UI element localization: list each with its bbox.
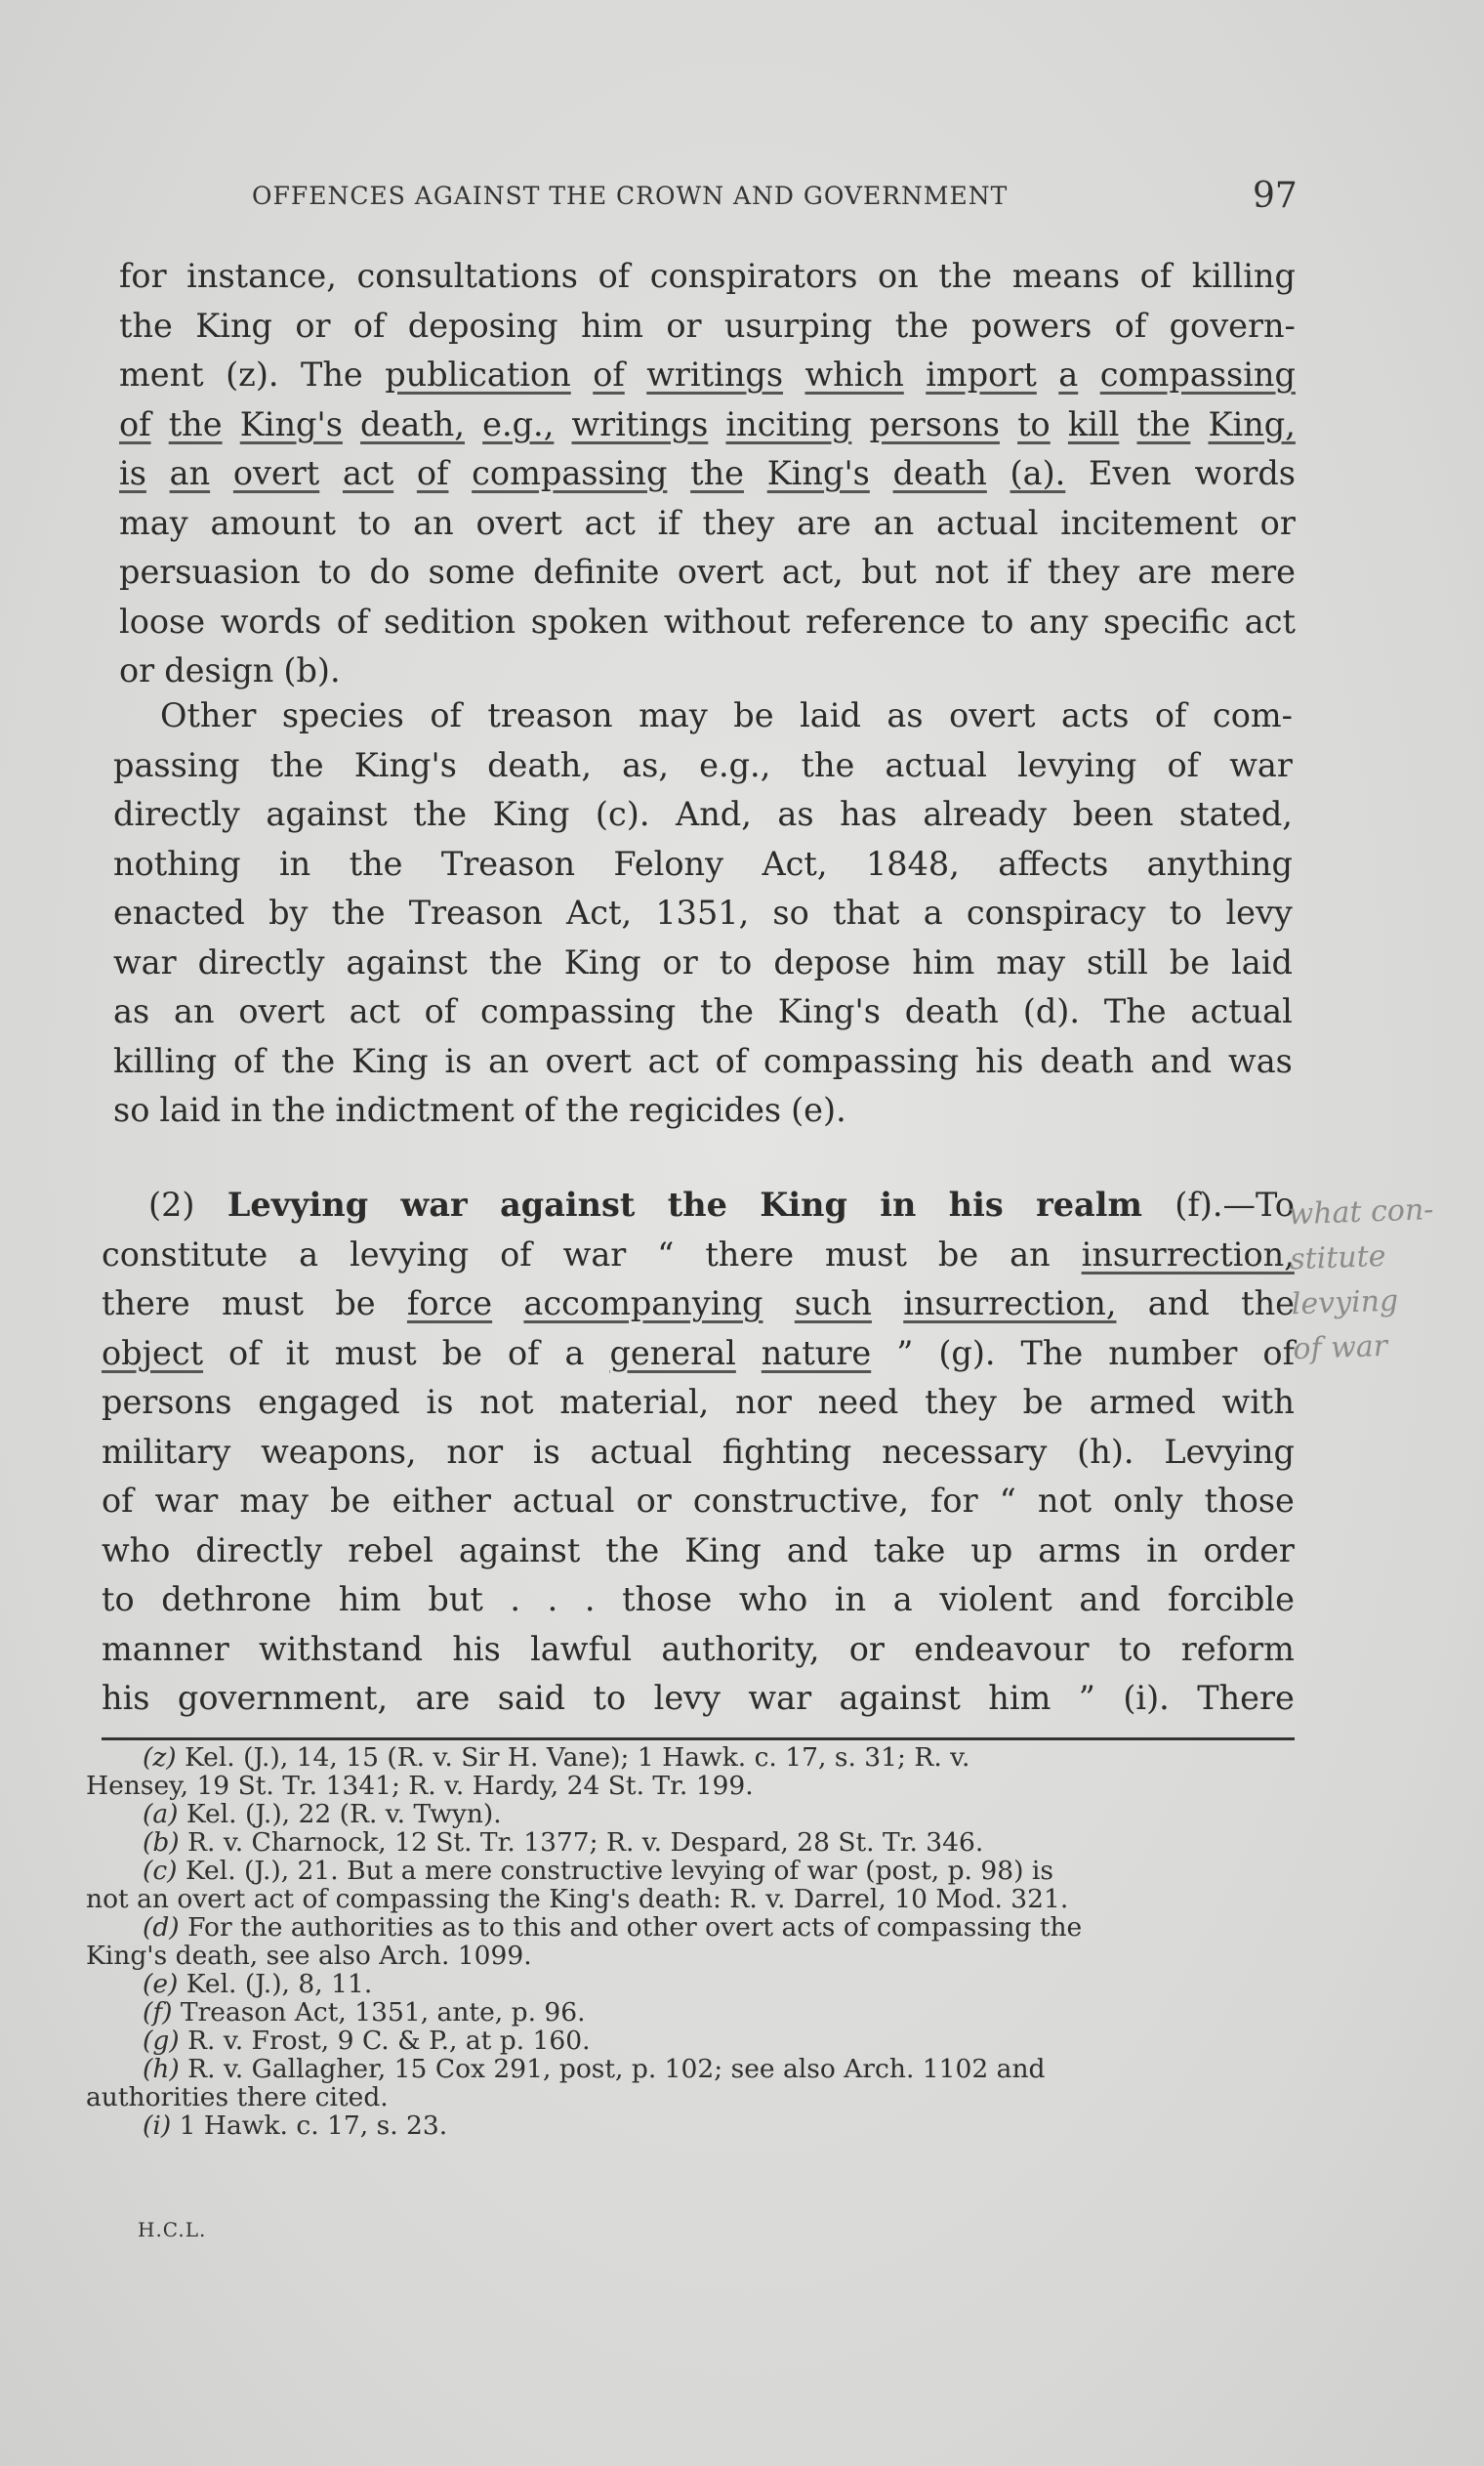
word: directly bbox=[198, 939, 325, 988]
paragraph-overt-acts: forinstance,consultationsofconspiratorso… bbox=[119, 252, 1296, 696]
word: the bbox=[895, 302, 949, 352]
word: and bbox=[1079, 1575, 1140, 1625]
word: consultations bbox=[356, 252, 578, 302]
word: The bbox=[301, 351, 363, 400]
word: against bbox=[840, 1674, 961, 1724]
word: levy bbox=[654, 1674, 721, 1724]
word: (2) bbox=[148, 1181, 194, 1231]
word: Treason bbox=[441, 840, 575, 890]
word: directly bbox=[113, 790, 240, 840]
scanned-book-page: OFFENCES AGAINST THE CROWN AND GOVERNMEN… bbox=[0, 0, 1484, 2466]
paragraph-levying-war: (2)LevyingwaragainsttheKinginhisrealm(f)… bbox=[102, 1181, 1295, 1724]
word: (d). bbox=[1023, 987, 1080, 1037]
word: of bbox=[1155, 691, 1187, 741]
word: not bbox=[934, 548, 988, 598]
footnote: (h) R. v. Gallagher, 15 Cox 291, post, p… bbox=[86, 2055, 1287, 2083]
word: and bbox=[787, 1526, 848, 1576]
word: the bbox=[350, 840, 403, 890]
word: overt bbox=[238, 987, 324, 1037]
word: object bbox=[102, 1329, 203, 1379]
word: of bbox=[1140, 252, 1173, 302]
word: writings bbox=[571, 400, 708, 450]
word: of bbox=[353, 302, 386, 352]
word: to bbox=[1119, 1625, 1152, 1675]
word: or bbox=[637, 1477, 672, 1526]
word: fighting bbox=[722, 1428, 852, 1478]
word: levying bbox=[350, 1231, 469, 1280]
text-line: wardirectlyagainsttheKingortodeposehimma… bbox=[113, 939, 1293, 988]
word: King's bbox=[767, 449, 870, 499]
word: Act, bbox=[566, 889, 632, 939]
footnote: (c) Kel. (J.), 21. But a mere constructi… bbox=[86, 1857, 1287, 1885]
text-line: asanovertactofcompassingtheKing'sdeath(d… bbox=[113, 987, 1293, 1037]
footnote: (e) Kel. (J.), 8, 11. bbox=[86, 1970, 1287, 1998]
word: Levying bbox=[227, 1181, 368, 1231]
text-line: nothingintheTreasonFelonyAct,1848,affect… bbox=[113, 840, 1293, 890]
word: be bbox=[442, 1329, 482, 1379]
word: persuasion bbox=[119, 548, 301, 598]
word: “ bbox=[657, 1231, 674, 1280]
word: of bbox=[228, 1329, 261, 1379]
word: which bbox=[804, 351, 903, 400]
word: the bbox=[565, 1086, 619, 1136]
word: anything bbox=[1147, 840, 1293, 890]
word: a bbox=[893, 1575, 913, 1625]
word: ” bbox=[1079, 1674, 1095, 1724]
word: (b). bbox=[283, 647, 340, 696]
word: of bbox=[102, 1477, 134, 1526]
word: still bbox=[1087, 939, 1148, 988]
word: war bbox=[563, 1231, 627, 1280]
word: so bbox=[113, 1086, 149, 1136]
word: King, bbox=[1208, 400, 1295, 450]
word: species bbox=[282, 691, 404, 741]
word: the bbox=[668, 1181, 727, 1231]
page-number: 97 bbox=[1253, 176, 1298, 216]
word: authority, bbox=[661, 1625, 819, 1675]
footnote-text: 1 Hawk. c. 17, s. 23. bbox=[180, 2111, 448, 2141]
text-line: loosewordsofseditionspokenwithoutreferen… bbox=[119, 598, 1296, 648]
word: the bbox=[169, 400, 223, 450]
word: (z). bbox=[226, 351, 278, 400]
text-line: constitutealevyingofwar“theremustbeanins… bbox=[102, 1231, 1295, 1280]
word: the bbox=[802, 741, 855, 791]
word: material, bbox=[559, 1378, 709, 1428]
word: those bbox=[1205, 1477, 1295, 1526]
word: or bbox=[663, 939, 698, 988]
word: act bbox=[648, 1037, 699, 1087]
word: without bbox=[664, 598, 791, 648]
word: be bbox=[938, 1231, 978, 1280]
text-line: objectofitmustbeofageneralnature”(g).The… bbox=[102, 1329, 1295, 1379]
word: actual bbox=[886, 741, 987, 791]
word: laid bbox=[159, 1086, 221, 1136]
word: be bbox=[335, 1279, 375, 1329]
word: as bbox=[886, 691, 923, 741]
text-line: forinstance,consultationsofconspiratorso… bbox=[119, 252, 1296, 302]
text-line: hisgovernment,aresaidtolevywaragainsthim… bbox=[102, 1674, 1295, 1724]
word: war bbox=[401, 1181, 468, 1231]
word: ” bbox=[896, 1329, 913, 1379]
word: depose bbox=[773, 939, 890, 988]
footnote-mark: (d) bbox=[143, 1912, 187, 1943]
footnote-continuation: authorities there cited. bbox=[86, 2083, 1287, 2111]
word: the bbox=[119, 302, 173, 352]
word: withstand bbox=[259, 1625, 423, 1675]
text-line: solaidintheindictmentoftheregicides(e). bbox=[113, 1086, 1293, 1136]
text-line: ordesign(b). bbox=[119, 647, 1296, 696]
word: to bbox=[358, 499, 392, 549]
word: overt bbox=[475, 499, 561, 549]
word: King's bbox=[354, 741, 457, 791]
word: violent bbox=[939, 1575, 1051, 1625]
footnote: (g) R. v. Frost, 9 C. & P., at p. 160. bbox=[86, 2027, 1287, 2055]
word: regicides bbox=[629, 1086, 781, 1136]
word: endeavour bbox=[914, 1625, 1089, 1675]
word: means bbox=[1012, 252, 1120, 302]
word: conspiracy bbox=[967, 889, 1146, 939]
word: be bbox=[330, 1477, 370, 1526]
word: and bbox=[1150, 1037, 1212, 1087]
running-head: OFFENCES AGAINST THE CROWN AND GOVERNMEN… bbox=[252, 182, 1295, 210]
word: so bbox=[772, 889, 808, 939]
word: of bbox=[1167, 741, 1199, 791]
word: affects bbox=[998, 840, 1108, 890]
word: force bbox=[407, 1279, 492, 1329]
text-line: personsengagedisnotmaterial,norneedtheyb… bbox=[102, 1378, 1295, 1428]
word: must bbox=[222, 1279, 304, 1329]
word: some bbox=[429, 548, 515, 598]
margin-note-line: what con- bbox=[1288, 1187, 1474, 1238]
word: King's bbox=[240, 400, 343, 450]
word: compassing bbox=[480, 987, 676, 1037]
word: govern- bbox=[1170, 302, 1296, 352]
word: on bbox=[878, 252, 919, 302]
word: Levying bbox=[1164, 1428, 1295, 1478]
word: if bbox=[658, 499, 680, 549]
word: his bbox=[949, 1181, 1004, 1231]
word: lawful bbox=[530, 1625, 632, 1675]
word: (f).—To bbox=[1175, 1181, 1295, 1231]
word: The bbox=[1104, 987, 1167, 1037]
word: . bbox=[585, 1575, 596, 1625]
text-line: todethronehimbut...thosewhoinaviolentand… bbox=[102, 1575, 1295, 1625]
word: writings bbox=[646, 351, 783, 400]
word: of bbox=[425, 987, 457, 1037]
word: with bbox=[1222, 1378, 1295, 1428]
word: in bbox=[835, 1575, 866, 1625]
word: in bbox=[279, 840, 310, 890]
word: of bbox=[430, 691, 462, 741]
word: passing bbox=[113, 741, 240, 791]
word: against bbox=[347, 939, 468, 988]
word: in bbox=[1146, 1526, 1177, 1576]
word: levy bbox=[1225, 889, 1292, 939]
word: accompanying bbox=[523, 1279, 763, 1329]
word: number bbox=[1108, 1329, 1237, 1379]
word: armed bbox=[1090, 1378, 1196, 1428]
word: kill bbox=[1068, 400, 1119, 450]
word: (c). bbox=[596, 790, 650, 840]
word: the bbox=[413, 790, 467, 840]
word: realm bbox=[1036, 1181, 1142, 1231]
word: insurrection, bbox=[1082, 1231, 1295, 1280]
word: design bbox=[164, 647, 273, 696]
word: against bbox=[500, 1181, 635, 1231]
word: of bbox=[524, 1086, 556, 1136]
word: King bbox=[493, 790, 570, 840]
word: the bbox=[489, 939, 543, 988]
word: or bbox=[1260, 499, 1296, 549]
word: usurping bbox=[724, 302, 873, 352]
word: acts bbox=[1061, 691, 1129, 741]
word: for bbox=[119, 252, 167, 302]
word: and bbox=[1148, 1279, 1210, 1329]
word: who bbox=[102, 1526, 170, 1576]
word: war bbox=[113, 939, 177, 988]
word: actual bbox=[936, 499, 1038, 549]
word: death bbox=[893, 449, 987, 499]
word: government, bbox=[178, 1674, 388, 1724]
word: death bbox=[1040, 1037, 1134, 1087]
handwritten-margin-note: what con- stitute levying of war bbox=[1288, 1187, 1479, 1373]
word: definite bbox=[533, 548, 659, 598]
word: the bbox=[281, 1037, 335, 1087]
word: are bbox=[1137, 548, 1192, 598]
footnote: (d) For the authorities as to this and o… bbox=[86, 1913, 1287, 1942]
word: against bbox=[266, 790, 387, 840]
footnote-text: Kel. (J.), 22 (R. v. Twyn). bbox=[186, 1799, 502, 1829]
word: of bbox=[500, 1231, 532, 1280]
word: conspirators bbox=[650, 252, 858, 302]
word: they bbox=[703, 499, 775, 549]
word: . bbox=[510, 1575, 520, 1625]
word: but bbox=[861, 548, 916, 598]
word: the bbox=[272, 1086, 326, 1136]
word: act, bbox=[782, 548, 844, 598]
word: laid bbox=[800, 691, 861, 741]
word: amount bbox=[210, 499, 336, 549]
word: spoken bbox=[531, 598, 649, 648]
word: his bbox=[102, 1674, 149, 1724]
word: or bbox=[666, 302, 701, 352]
footnote: (z) Kel. (J.), 14, 15 (R. v. Sir H. Vane… bbox=[86, 1743, 1287, 1772]
footnote-text: For the authorities as to this and other… bbox=[187, 1912, 1082, 1943]
word: King bbox=[564, 939, 641, 988]
word: a bbox=[924, 889, 943, 939]
footnote-text: Kel. (J.), 21. But a mere constructive l… bbox=[185, 1856, 1053, 1886]
word: a bbox=[565, 1329, 585, 1379]
word: actual bbox=[1190, 987, 1292, 1037]
word: overt bbox=[949, 691, 1035, 741]
footnote-continuation: not an overt act of compassing the King'… bbox=[86, 1885, 1287, 1913]
footnote-mark: (i) bbox=[143, 2111, 180, 2141]
word: necessary bbox=[882, 1428, 1047, 1478]
word: order bbox=[1203, 1526, 1294, 1576]
word: not bbox=[479, 1378, 533, 1428]
word: his bbox=[975, 1037, 1023, 1087]
word: of bbox=[716, 1037, 748, 1087]
word: war bbox=[748, 1674, 811, 1724]
word: King bbox=[760, 1181, 847, 1231]
word: are bbox=[797, 499, 851, 549]
word: deposing bbox=[408, 302, 558, 352]
word: of bbox=[598, 252, 631, 302]
text-line: enactedbytheTreasonAct,1351,sothataconsp… bbox=[113, 889, 1293, 939]
word: him bbox=[339, 1575, 401, 1625]
word: a bbox=[299, 1231, 318, 1280]
word: King bbox=[351, 1037, 429, 1087]
word: stated, bbox=[1179, 790, 1293, 840]
word: or bbox=[295, 302, 330, 352]
word: to bbox=[1170, 889, 1203, 939]
word: are bbox=[416, 1674, 471, 1724]
word: an bbox=[488, 1037, 529, 1087]
word: King's bbox=[778, 987, 881, 1037]
word: nor bbox=[446, 1428, 503, 1478]
word: has bbox=[840, 790, 897, 840]
word: killing bbox=[1192, 252, 1296, 302]
word: laid bbox=[1231, 939, 1293, 988]
footnote-text: Kel. (J.), 14, 15 (R. v. Sir H. Vane); 1… bbox=[185, 1742, 969, 1773]
word: killing bbox=[113, 1037, 217, 1087]
word: overt bbox=[678, 548, 763, 598]
word: if bbox=[1007, 548, 1029, 598]
word: Treason bbox=[409, 889, 543, 939]
word: nothing bbox=[113, 840, 241, 890]
word: actual bbox=[591, 1428, 692, 1478]
word: already bbox=[923, 790, 1047, 840]
footnote-text: R. v. Gallagher, 15 Cox 291, post, p. 10… bbox=[187, 2054, 1045, 2084]
word: death bbox=[905, 987, 999, 1037]
text-line: theremustbeforceaccompanyingsuchinsurrec… bbox=[102, 1279, 1295, 1329]
footnote-mark: (c) bbox=[143, 1856, 185, 1886]
word: him bbox=[581, 302, 643, 352]
word: (e). bbox=[791, 1086, 846, 1136]
word: to bbox=[102, 1575, 135, 1625]
word: of bbox=[1115, 302, 1147, 352]
word: weapons, bbox=[261, 1428, 417, 1478]
word: dethrone bbox=[161, 1575, 311, 1625]
word: reform bbox=[1181, 1625, 1295, 1675]
printer-signature: H.C.L. bbox=[138, 2218, 206, 2241]
word: as bbox=[777, 790, 813, 840]
text-line: ment(z).Thepublicationofwritingswhichimp… bbox=[119, 351, 1296, 400]
footnote-mark: (g) bbox=[143, 2026, 187, 2056]
word: sedition bbox=[384, 598, 515, 648]
word: of bbox=[233, 1037, 266, 1087]
word: of bbox=[1262, 1329, 1295, 1379]
word: against bbox=[459, 1526, 580, 1576]
word: an bbox=[1010, 1231, 1051, 1280]
word: forcible bbox=[1168, 1575, 1295, 1625]
word: nature bbox=[762, 1329, 871, 1379]
text-line: whodirectlyrebelagainsttheKingandtakeupa… bbox=[102, 1526, 1295, 1576]
word: the bbox=[1136, 400, 1190, 450]
footnote-mark: (e) bbox=[143, 1969, 186, 1999]
word: must bbox=[825, 1231, 907, 1280]
text-line: militaryweapons,norisactualfightingneces… bbox=[102, 1428, 1295, 1478]
paragraph-other-species: Otherspeciesoftreasonmaybelaidasovertact… bbox=[113, 691, 1293, 1136]
word: by bbox=[268, 889, 308, 939]
word: his bbox=[452, 1625, 500, 1675]
word: of bbox=[337, 598, 369, 648]
word: nor bbox=[735, 1378, 792, 1428]
footnote-continuation: Hensey, 19 St. Tr. 1341; R. v. Hardy, 24… bbox=[86, 1772, 1287, 1800]
word: constitute bbox=[102, 1231, 268, 1280]
word: the bbox=[605, 1526, 659, 1576]
word: treason bbox=[487, 691, 612, 741]
word: military bbox=[102, 1428, 230, 1478]
word: the bbox=[1241, 1279, 1295, 1329]
margin-note-line: levying bbox=[1291, 1276, 1477, 1328]
word: act bbox=[350, 987, 400, 1037]
word: publication bbox=[385, 351, 571, 400]
word: in bbox=[230, 1086, 262, 1136]
word: they bbox=[1048, 548, 1120, 598]
text-line: oftheKing'sdeath,e.g.,writingsincitingpe… bbox=[119, 400, 1296, 450]
word: said bbox=[498, 1674, 565, 1724]
word: instance, bbox=[186, 252, 337, 302]
word: it bbox=[286, 1329, 309, 1379]
word: mere bbox=[1211, 548, 1296, 598]
word: is bbox=[444, 1037, 472, 1087]
word: compassing bbox=[1100, 351, 1296, 400]
word: persons bbox=[102, 1378, 231, 1428]
footnotes: (z) Kel. (J.), 14, 15 (R. v. Sir H. Vane… bbox=[86, 1743, 1287, 2140]
word: to bbox=[720, 939, 753, 988]
footnote-divider bbox=[102, 1737, 1295, 1740]
footnote: (f) Treason Act, 1351, ante, p. 96. bbox=[86, 1998, 1287, 2027]
word: been bbox=[1073, 790, 1154, 840]
word: an bbox=[874, 499, 915, 549]
word: an bbox=[413, 499, 454, 549]
word: (i). bbox=[1123, 1674, 1170, 1724]
footnote-mark: (a) bbox=[143, 1799, 186, 1829]
text-line: ofwarmaybeeitheractualorconstructive,for… bbox=[102, 1477, 1295, 1526]
word: that bbox=[833, 889, 899, 939]
word: may bbox=[639, 691, 708, 741]
word: general bbox=[609, 1329, 735, 1379]
word: may bbox=[239, 1477, 309, 1526]
word: may bbox=[996, 939, 1065, 988]
word: an bbox=[174, 987, 215, 1037]
footnote-text: Treason Act, 1351, ante, p. 96. bbox=[181, 1997, 586, 2027]
word: of bbox=[508, 1329, 540, 1379]
word: is bbox=[533, 1428, 560, 1478]
word: death, bbox=[487, 741, 592, 791]
word: overt bbox=[233, 449, 319, 499]
word: reference bbox=[805, 598, 966, 648]
word: . bbox=[548, 1575, 558, 1625]
word: persons bbox=[870, 400, 1000, 450]
word: be bbox=[1023, 1378, 1063, 1428]
text-line: theKingorofdeposinghimorusurpingthepower… bbox=[119, 302, 1296, 352]
word: overt bbox=[545, 1037, 631, 1087]
word: an bbox=[170, 449, 211, 499]
word: act bbox=[1245, 598, 1296, 648]
word: indictment bbox=[335, 1086, 514, 1136]
word: be bbox=[1170, 939, 1210, 988]
word: there bbox=[102, 1279, 190, 1329]
word: was bbox=[1228, 1037, 1293, 1087]
word: or bbox=[849, 1625, 885, 1675]
text-line: directlyagainsttheKing(c).And,ashasalrea… bbox=[113, 790, 1293, 840]
text-line: persuasiontodosomedefiniteovertact,butno… bbox=[119, 548, 1296, 598]
word: com- bbox=[1213, 691, 1293, 741]
text-line: killingoftheKingisanovertactofcompassing… bbox=[113, 1037, 1293, 1087]
word: powers bbox=[971, 302, 1092, 352]
